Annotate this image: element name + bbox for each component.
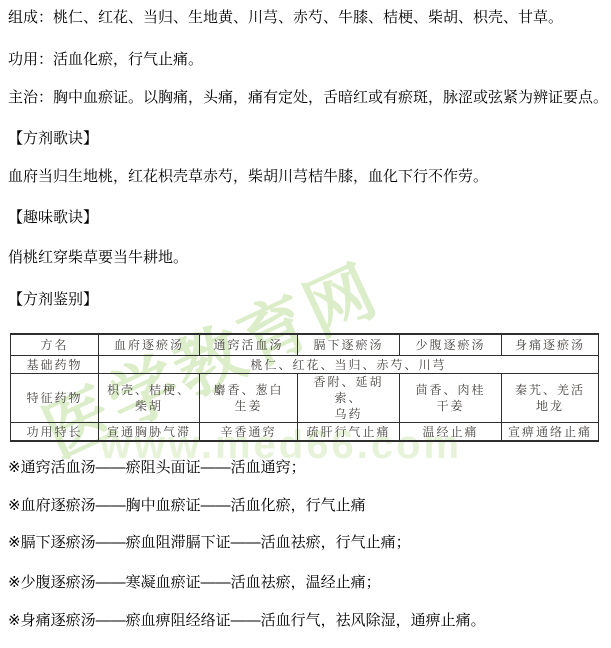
row-label-cell: 功用特长 <box>11 423 99 442</box>
table-cell: 辛香通窍 <box>200 423 298 442</box>
table-cell: 宣痹通络止痛 <box>502 423 599 442</box>
formula-comparison-table: 方名 血府逐瘀汤 通窍活血汤 膈下逐瘀汤 少腹逐瘀汤 身痛逐瘀汤 基础药物 桃仁… <box>10 333 599 442</box>
formula-song-header: 【方剂歌诀】 <box>8 130 98 147</box>
table-cell: 枳壳、桔梗、 柴胡 <box>99 374 200 423</box>
composition-line: 组成：桃仁、红花、当归、生地黄、川芎、赤芍、牛膝、桔梗、柴胡、枳壳、甘草。 <box>8 9 563 26</box>
fun-song-text: 俏桃红穿柴草要当牛耕地。 <box>8 249 188 266</box>
table-header-cell: 通窍活血汤 <box>200 334 298 356</box>
table-header-cell: 膈下逐瘀汤 <box>298 334 400 356</box>
bullet-shaofu: ※少腹逐瘀汤——寒凝血瘀证——活血祛瘀，温经止痛； <box>8 574 381 591</box>
table-cell: 秦艽、羌活 地龙 <box>502 374 599 423</box>
row-label-cell: 特征药物 <box>11 374 99 423</box>
table-cell-base-herbs: 桃仁、红花、当归、赤芍、川芎 <box>99 356 599 374</box>
table-cell: 麝香、葱白 生姜 <box>200 374 298 423</box>
table-header-cell: 方名 <box>11 334 99 356</box>
table-cell: 茴香、肉桂 干姜 <box>400 374 502 423</box>
fun-song-header: 【趣味歌诀】 <box>8 209 98 226</box>
bullet-shentong: ※身痛逐瘀汤——瘀血痹阻经络证——活血行气，祛风除湿，通痹止痛。 <box>8 612 486 629</box>
table-header-cell: 身痛逐瘀汤 <box>502 334 599 356</box>
bullet-tongqiao: ※通窍活血汤——瘀阻头面证——活血通窍； <box>8 459 306 476</box>
table-cell: 疏肝行气止痛 <box>298 423 400 442</box>
table-row-base-herbs: 基础药物 桃仁、红花、当归、赤芍、川芎 <box>11 356 599 374</box>
table-header-cell: 少腹逐瘀汤 <box>400 334 502 356</box>
formula-song-text: 血府当归生地桃，红花枳壳草赤芍，柴胡川芎桔牛膝，血化下行不作劳。 <box>8 168 488 185</box>
indication-line: 主治：胸中血瘀证。以胸痛，头痛，痛有定处，舌暗红或有瘀斑，脉涩或弦紧为辨证要点。 <box>8 89 608 106</box>
function-line: 功用：活血化瘀，行气止痛。 <box>8 51 203 68</box>
table-row-feature-herbs: 特征药物 枳壳、桔梗、 柴胡 麝香、葱白 生姜 香附、延胡索、 乌药 茴香、肉桂… <box>11 374 599 423</box>
row-label-cell: 基础药物 <box>11 356 99 374</box>
bullet-gexia: ※膈下逐瘀汤——瘀血阻滞膈下证——活血祛瘀，行气止痛； <box>8 534 411 551</box>
document-page: 医学教育网 www.med66.com 组成：桃仁、红花、当归、生地黄、川芎、赤… <box>0 0 611 648</box>
bullet-xuefu: ※血府逐瘀汤——胸中血瘀证——活血化瘀，行气止痛 <box>8 497 366 514</box>
table-header-cell: 血府逐瘀汤 <box>99 334 200 356</box>
table-cell: 宣通胸胁气滞 <box>99 423 200 442</box>
table-cell: 温经止痛 <box>400 423 502 442</box>
comparison-header: 【方剂鉴别】 <box>8 291 98 308</box>
table-cell: 香附、延胡索、 乌药 <box>298 374 400 423</box>
table-row-function: 功用特长 宣通胸胁气滞 辛香通窍 疏肝行气止痛 温经止痛 宣痹通络止痛 <box>11 423 599 442</box>
table-header-row: 方名 血府逐瘀汤 通窍活血汤 膈下逐瘀汤 少腹逐瘀汤 身痛逐瘀汤 <box>11 334 599 356</box>
